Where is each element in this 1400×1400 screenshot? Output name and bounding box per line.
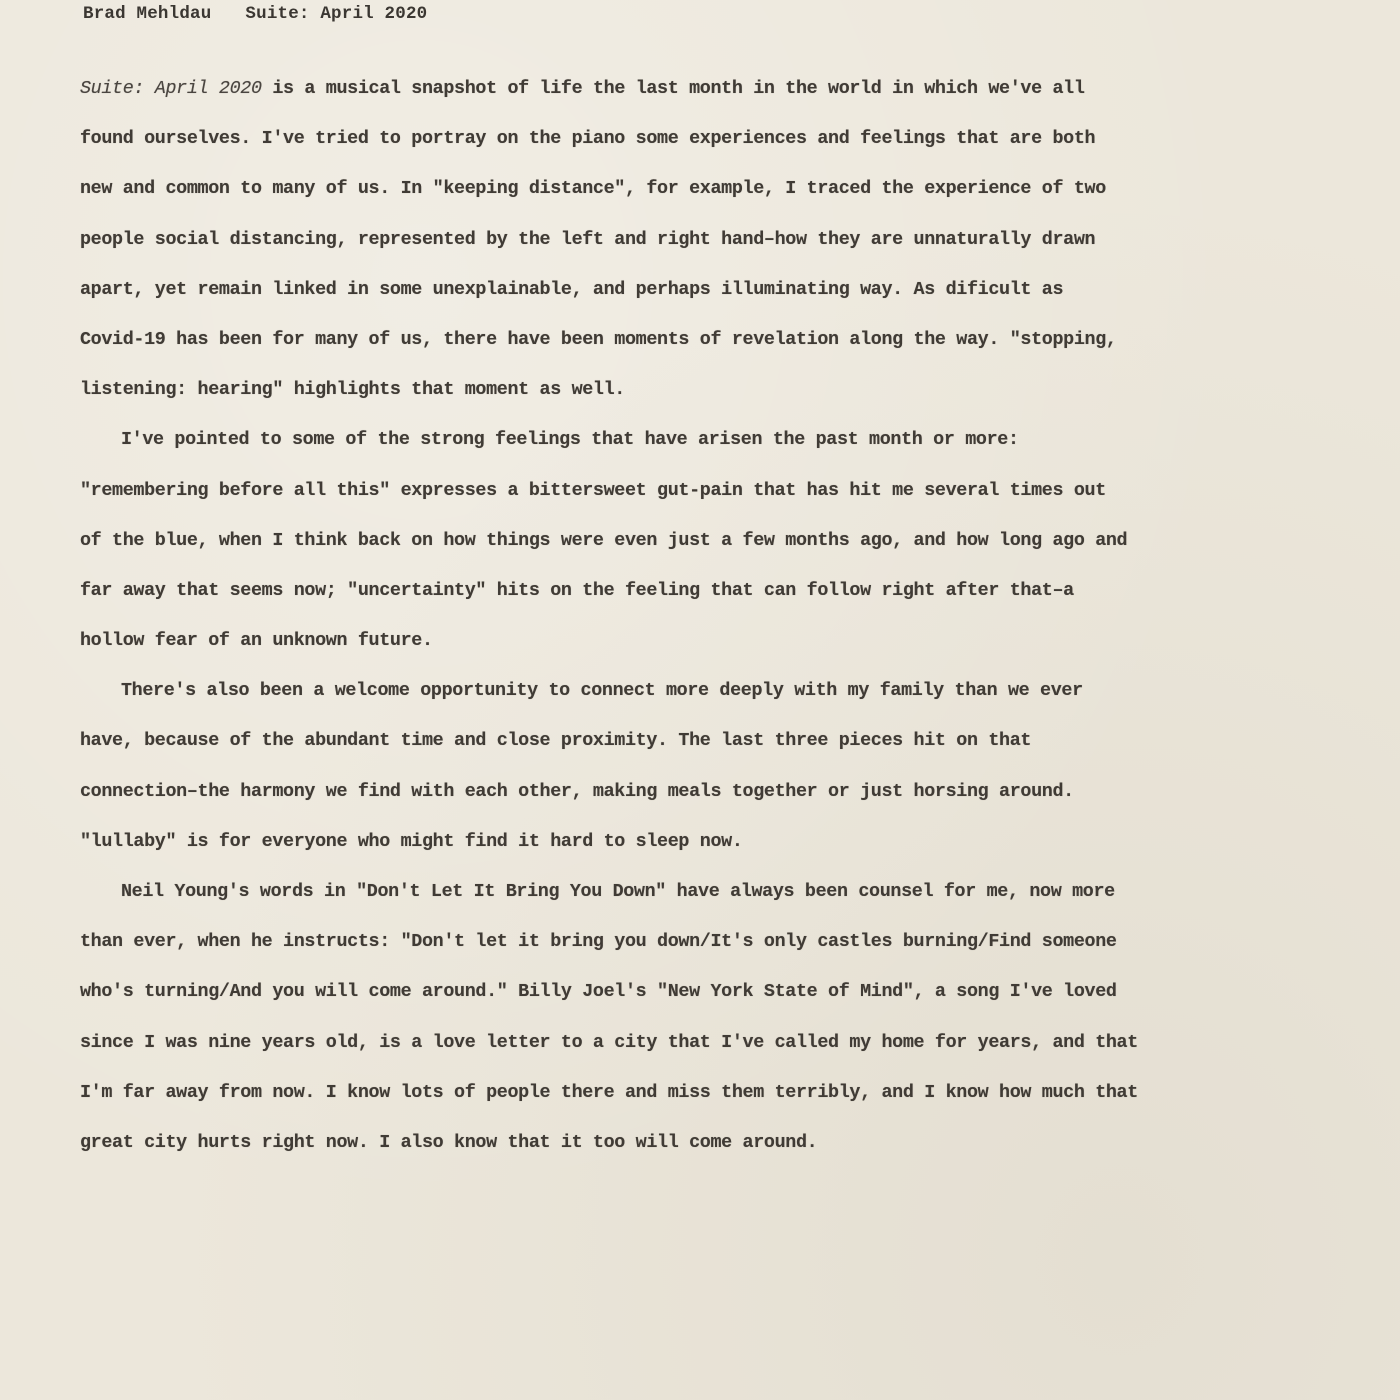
text-line: than ever, when he instructs: "Don't let… [80,925,1220,975]
line-text: I'm far away from now. I know lots of pe… [80,1082,1138,1103]
text-line: Covid-19 has been for many of us, there … [80,323,1220,373]
line-text: "remembering before all this" expresses … [80,480,1106,501]
paragraph: There's also been a welcome opportunity … [80,674,1220,875]
text-line: who's turning/And you will come around."… [80,975,1220,1025]
paragraph: Neil Young's words in "Don't Let It Brin… [80,875,1220,1176]
document-header: Brad MehldauSuite: April 2020 [83,4,427,24]
line-text: Covid-19 has been for many of us, there … [80,329,1117,350]
text-line: "remembering before all this" expresses … [80,474,1220,524]
italic-album-title: Suite: April 2020 [80,78,262,99]
line-text: "lullaby" is for everyone who might find… [80,831,743,852]
text-line: far away that seems now; "uncertainty" h… [80,574,1220,624]
text-line: new and common to many of us. In "keepin… [80,172,1220,222]
line-text: connection–the harmony we find with each… [80,781,1074,802]
text-line: have, because of the abundant time and c… [80,724,1220,774]
line-text: people social distancing, represented by… [80,229,1095,250]
document-body: Suite: April 2020 is a musical snapshot … [80,72,1220,1176]
document-title: Suite: April 2020 [245,4,427,24]
text-line: There's also been a welcome opportunity … [80,674,1220,724]
text-line: I've pointed to some of the strong feeli… [80,423,1220,473]
text-line: Suite: April 2020 is a musical snapshot … [80,72,1220,122]
line-text: since I was nine years old, is a love le… [80,1032,1138,1053]
line-text: Neil Young's words in "Don't Let It Brin… [121,881,1115,902]
line-text: is a musical snapshot of life the last m… [262,78,1085,99]
text-line: apart, yet remain linked in some unexpla… [80,273,1220,323]
author-name: Brad Mehldau [83,4,211,24]
line-text: found ourselves. I've tried to portray o… [80,128,1095,149]
text-line: listening: hearing" highlights that mome… [80,373,1220,423]
text-line: I'm far away from now. I know lots of pe… [80,1076,1220,1126]
text-line: hollow fear of an unknown future. [80,624,1220,674]
paragraph: Suite: April 2020 is a musical snapshot … [80,72,1220,423]
line-text: far away that seems now; "uncertainty" h… [80,580,1074,601]
line-text: new and common to many of us. In "keepin… [80,178,1106,199]
text-line: people social distancing, represented by… [80,223,1220,273]
line-text: have, because of the abundant time and c… [80,730,1031,751]
text-line: Neil Young's words in "Don't Let It Brin… [80,875,1220,925]
line-text: of the blue, when I think back on how th… [80,530,1127,551]
line-text: who's turning/And you will come around."… [80,981,1117,1002]
text-line: of the blue, when I think back on how th… [80,524,1220,574]
line-text: apart, yet remain linked in some unexpla… [80,279,1063,300]
text-line: connection–the harmony we find with each… [80,775,1220,825]
line-text: There's also been a welcome opportunity … [121,680,1083,701]
text-line: found ourselves. I've tried to portray o… [80,122,1220,172]
line-text: great city hurts right now. I also know … [80,1132,817,1153]
text-line: since I was nine years old, is a love le… [80,1026,1220,1076]
text-line: "lullaby" is for everyone who might find… [80,825,1220,875]
text-line: great city hurts right now. I also know … [80,1126,1220,1176]
line-text: listening: hearing" highlights that mome… [80,379,625,400]
line-text: than ever, when he instructs: "Don't let… [80,931,1117,952]
line-text: I've pointed to some of the strong feeli… [121,429,1019,450]
line-text: hollow fear of an unknown future. [80,630,433,651]
paragraph: I've pointed to some of the strong feeli… [80,423,1220,674]
